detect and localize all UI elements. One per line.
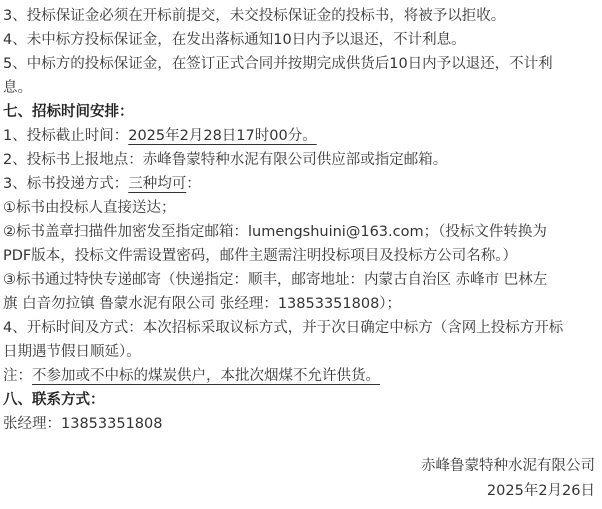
method-2: ②标书盖章扫描件加密发至指定邮箱：lumengshuini@163.com；（投… bbox=[3, 220, 597, 244]
section-8-heading: 八、联系方式： bbox=[3, 388, 597, 412]
deadline-item: 1、投标截止时间：2025年2月28日17时00分。 bbox=[3, 124, 597, 148]
bid-opening-item-cont: 日期遇节假日顺延）。 bbox=[3, 340, 597, 364]
delivery-method-value: 三种均可 bbox=[128, 176, 186, 192]
delivery-method-item: 3、标书投递方式：三种均可： bbox=[3, 172, 597, 196]
deadline-label: 1、投标截止时间： bbox=[3, 128, 128, 144]
deposit-rule-3: 3、投标保证金必须在开标前提交，未交投标保证金的投标书，将被予以拒收。 bbox=[3, 4, 597, 28]
submission-location: 2、投标书上报地点：赤峰鲁蒙特种水泥有限公司供应部或指定邮箱。 bbox=[3, 148, 597, 172]
deposit-rule-5-cont: 息。 bbox=[3, 76, 597, 100]
signature-company: 赤峰鲁蒙特种水泥有限公司 bbox=[421, 454, 595, 478]
section-7-heading: 七、招标时间安排： bbox=[3, 100, 597, 124]
deadline-value: 2025年2月28日17时00分。 bbox=[128, 128, 316, 144]
delivery-method-colon: ： bbox=[186, 176, 201, 192]
bid-opening-item: 4、开标时间及方式：本次招标采取议标方式，并于次日确定中标方（含网上投标方开标 bbox=[3, 316, 597, 340]
note: 注：不参加或不中标的煤炭供户，本批次烟煤不允许供货。 bbox=[3, 364, 597, 388]
delivery-method-label: 3、标书投递方式： bbox=[3, 176, 128, 192]
method-3-cont: 旗 白音勿拉镇 鲁蒙水泥有限公司 张经理：13853351808）； bbox=[3, 292, 597, 316]
method-2-cont: PDF版本，投标文件需设置密码，邮件主题需注明投标项目及投标方公司名称。） bbox=[3, 244, 597, 268]
document-body: 3、投标保证金必须在开标前提交，未交投标保证金的投标书，将被予以拒收。 4、未中… bbox=[3, 4, 597, 436]
note-value: 不参加或不中标的煤炭供户，本批次烟煤不允许供货。 bbox=[32, 368, 380, 384]
method-3: ③标书通过特快专递邮寄（快递指定：顺丰，邮寄地址：内蒙古自治区 赤峰市 巴林左 bbox=[3, 268, 597, 292]
signature-date: 2025年2月26日 bbox=[487, 479, 595, 503]
note-label: 注： bbox=[3, 368, 32, 384]
deposit-rule-5: 5、中标方的投标保证金，在签订正式合同并按期完成供货后10日内予以退还，不计利 bbox=[3, 52, 597, 76]
deposit-rule-4: 4、未中标方投标保证金，在发出落标通知10日内予以退还，不计利息。 bbox=[3, 28, 597, 52]
contact-info: 张经理：13853351808 bbox=[3, 412, 597, 436]
method-1: ①标书由投标人直接送达； bbox=[3, 196, 597, 220]
